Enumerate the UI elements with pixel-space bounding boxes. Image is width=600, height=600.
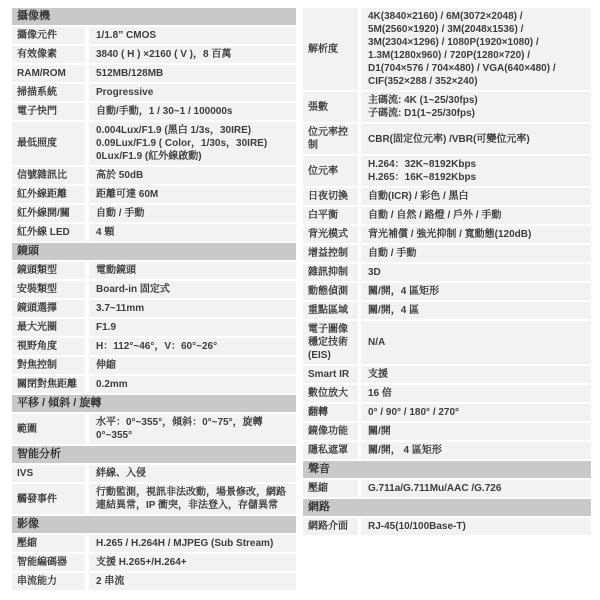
spec-value-cell: G.711a/G.711Mu/AAC /G.726 <box>361 480 591 497</box>
spec-label-cell: Smart IR <box>303 366 358 383</box>
spec-label: 鏡頭選擇 <box>17 302 57 315</box>
spec-row: 鏡頭選擇3.7~11mm <box>12 300 296 317</box>
spec-label: 動態偵測 <box>308 285 348 298</box>
spec-label: 日夜切換 <box>308 190 348 203</box>
spec-row: RAM/ROM512MB/128MB <box>12 65 296 82</box>
spec-label-cell: 對焦控制 <box>12 357 85 374</box>
spec-row: 動態偵測關/開，4 區矩形 <box>303 283 591 300</box>
spec-value: 關/開 <box>368 425 391 438</box>
spec-value: 2 串流 <box>96 575 124 588</box>
spec-value: 水平：0°~355°，傾斜：0°~75°，旋轉 0°~355° <box>96 416 292 442</box>
spec-row: 背光模式背光補償 / 強光抑制 / 寬動態(120dB) <box>303 226 591 243</box>
spec-value: 行動監測，視訊非法改動，場景修改，網路連結異常，IP 衝突，非法登入，存儲異常 <box>96 486 292 512</box>
spec-value-cell: 絆線、入侵 <box>89 465 296 482</box>
spec-row: 攝像元件1/1.8” CMOS <box>12 27 296 44</box>
spec-label-cell: 紅外線 LED <box>12 224 85 241</box>
spec-value: F1.9 <box>96 321 116 334</box>
spec-value: 自動/手動，1 / 30~1 / 100000s <box>96 105 232 118</box>
spec-label: 重點區域 <box>308 304 348 317</box>
spec-label: 背光模式 <box>308 228 348 241</box>
spec-label: 隱私遮罩 <box>308 444 348 457</box>
spec-label-cell: 壓縮 <box>303 480 358 497</box>
spec-label: 串流能力 <box>17 575 57 588</box>
spec-row: 解析度4K(3840×2160) / 6M(3072×2048) / 5M(25… <box>303 8 591 90</box>
spec-value: 自動 / 手動 <box>368 247 416 260</box>
spec-value: 自動(ICR) / 彩色 / 黑白 <box>368 190 469 203</box>
spec-value-cell: 1/1.8” CMOS <box>89 27 296 44</box>
spec-row: 對焦控制伸縮 <box>12 357 296 374</box>
spec-label: 壓縮 <box>308 482 328 495</box>
spec-label-cell: 重點區域 <box>303 302 358 319</box>
spec-label: 鏡像功能 <box>308 425 348 438</box>
camera-spec-sheet: 攝像機攝像元件1/1.8” CMOS有效像素3840 ( H ) ×2160 (… <box>0 0 600 600</box>
spec-row: 張數主碼流: 4K (1~25/30fps) 子碼流: D1(1~25/30fp… <box>303 92 591 122</box>
spec-label: IVS <box>17 467 33 480</box>
spec-value-cell: 關/開，4 區 <box>361 302 591 319</box>
spec-label-cell: 信號雜訊比 <box>12 167 85 184</box>
spec-label-cell: 攝像元件 <box>12 27 85 44</box>
spec-label: 翻轉 <box>308 406 328 419</box>
spec-row: 信號雜訊比高於 50dB <box>12 167 296 184</box>
spec-label-cell: 掃描系統 <box>12 84 85 101</box>
spec-value: H：112°~46°，V：60°~26° <box>96 340 217 353</box>
spec-label-cell: 最大光圈 <box>12 319 85 336</box>
spec-label-cell: 範圍 <box>12 414 85 444</box>
spec-row: 串流能力2 串流 <box>12 573 296 590</box>
spec-value: 自動 / 手動 <box>96 207 144 220</box>
spec-value-cell: 自動/手動，1 / 30~1 / 100000s <box>89 103 296 120</box>
spec-label-cell: 位元率 <box>303 156 358 186</box>
spec-label-cell: 位元率控制 <box>303 124 358 154</box>
spec-value-cell: H：112°~46°，V：60°~26° <box>89 338 296 355</box>
spec-value: 支援 <box>368 368 388 381</box>
spec-column-right: 解析度4K(3840×2160) / 6M(3072×2048) / 5M(25… <box>303 8 591 537</box>
spec-row: 掃描系統Progressive <box>12 84 296 101</box>
spec-label: 網路介面 <box>308 520 348 533</box>
spec-value: H.265 / H.264H / MJPEG (Sub Stream) <box>96 537 273 550</box>
spec-value-cell: 512MB/128MB <box>89 65 296 82</box>
spec-value: 伸縮 <box>96 359 116 372</box>
spec-value: 0.004Lux/F1.9 (黑白 1/3s，30IRE) 0.09Lux/F1… <box>96 124 267 163</box>
spec-label: 紅外線距離 <box>17 188 67 201</box>
spec-row: 鏡頭類型電動鏡頭 <box>12 262 296 279</box>
spec-value-cell: 2 串流 <box>89 573 296 590</box>
spec-value-cell: Board-in 固定式 <box>89 281 296 298</box>
spec-label-cell: 解析度 <box>303 8 358 90</box>
spec-label: 最低照度 <box>17 137 57 150</box>
spec-value: 主碼流: 4K (1~25/30fps) 子碼流: D1(1~25/30fps) <box>368 94 478 120</box>
section-header: 鏡頭 <box>12 243 296 260</box>
spec-value: CBR(固定位元率) /VBR(可變位元率) <box>368 133 530 146</box>
spec-value-cell: F1.9 <box>89 319 296 336</box>
spec-value-cell: 4 顆 <box>89 224 296 241</box>
spec-label-cell: 電子圖像穩定技術 (EIS) <box>303 321 358 364</box>
spec-label: 範圍 <box>17 423 37 436</box>
spec-row: 白平衡自動 / 自然 / 路燈 / 戶外 / 手動 <box>303 207 591 224</box>
spec-label-cell: 白平衡 <box>303 207 358 224</box>
spec-label-cell: 觸發事件 <box>12 484 85 514</box>
spec-value-cell: 電動鏡頭 <box>89 262 296 279</box>
spec-value-cell: 自動 / 手動 <box>361 245 591 262</box>
spec-row: 位元率控制CBR(固定位元率) /VBR(可變位元率) <box>303 124 591 154</box>
spec-value: H.264：32K~8192Kbps H.265：16K~8192Kbps <box>368 158 476 184</box>
spec-value-cell: 自動 / 手動 <box>89 205 296 222</box>
spec-row: 數位放大16 倍 <box>303 385 591 402</box>
spec-label-cell: 背光模式 <box>303 226 358 243</box>
spec-label: 數位放大 <box>308 387 348 400</box>
spec-value-cell: RJ-45(10/100Base-T) <box>361 518 591 535</box>
spec-row: 關閉對焦距離0.2mm <box>12 376 296 393</box>
spec-label: 最大光圈 <box>17 321 57 334</box>
spec-row: 雜訊抑制3D <box>303 264 591 281</box>
spec-value-cell: 0.004Lux/F1.9 (黑白 1/3s，30IRE) 0.09Lux/F1… <box>89 122 296 165</box>
section-header: 聲音 <box>303 461 591 478</box>
spec-value-cell: 16 倍 <box>361 385 591 402</box>
spec-label: 張數 <box>308 101 328 114</box>
spec-label-cell: 智能編碼器 <box>12 554 85 571</box>
spec-row: 電子圖像穩定技術 (EIS)N/A <box>303 321 591 364</box>
spec-label: 攝像元件 <box>17 29 57 42</box>
spec-value-cell: 行動監測，視訊非法改動，場景修改，網路連結異常，IP 衝突，非法登入，存儲異常 <box>89 484 296 514</box>
spec-label: 增益控制 <box>308 247 348 260</box>
spec-label: 位元率控制 <box>308 126 356 152</box>
spec-label-cell: 動態偵測 <box>303 283 358 300</box>
spec-row: 鏡像功能關/開 <box>303 423 591 440</box>
spec-column-left: 攝像機攝像元件1/1.8” CMOS有效像素3840 ( H ) ×2160 (… <box>12 8 296 592</box>
spec-value-cell: 伸縮 <box>89 357 296 374</box>
spec-label-cell: 網路介面 <box>303 518 358 535</box>
spec-row: 紅外線距離距離可達 60M <box>12 186 296 203</box>
spec-row: 翻轉0° / 90° / 180° / 270° <box>303 404 591 421</box>
spec-label: 對焦控制 <box>17 359 57 372</box>
spec-value: Board-in 固定式 <box>96 283 170 296</box>
spec-value-cell: 關/開 <box>361 423 591 440</box>
spec-row: 壓縮H.265 / H.264H / MJPEG (Sub Stream) <box>12 535 296 552</box>
spec-label: 電子快門 <box>17 105 57 118</box>
spec-label-cell: 安裝類型 <box>12 281 85 298</box>
spec-label-cell: 有效像素 <box>12 46 85 63</box>
spec-label: 雜訊抑制 <box>308 266 348 279</box>
spec-value: 0° / 90° / 180° / 270° <box>368 406 459 419</box>
spec-value-cell: CBR(固定位元率) /VBR(可變位元率) <box>361 124 591 154</box>
spec-label: 觸發事件 <box>17 493 57 506</box>
spec-row: 日夜切換自動(ICR) / 彩色 / 黑白 <box>303 188 591 205</box>
spec-row: 最大光圈F1.9 <box>12 319 296 336</box>
spec-value: 4 顆 <box>96 226 114 239</box>
spec-value-cell: 4K(3840×2160) / 6M(3072×2048) / 5M(2560×… <box>361 8 591 90</box>
spec-row: 壓縮G.711a/G.711Mu/AAC /G.726 <box>303 480 591 497</box>
spec-value: 關/開，4 區 <box>368 304 419 317</box>
spec-label: 壓縮 <box>17 537 37 550</box>
spec-row: 視野角度H：112°~46°，V：60°~26° <box>12 338 296 355</box>
spec-value-cell: 0.2mm <box>89 376 296 393</box>
spec-value-cell: N/A <box>361 321 591 364</box>
section-header: 攝像機 <box>12 8 296 25</box>
spec-row: IVS絆線、入侵 <box>12 465 296 482</box>
spec-label: 紅外線開/關 <box>17 207 70 220</box>
spec-value-cell: 高於 50dB <box>89 167 296 184</box>
spec-label: 關閉對焦距離 <box>17 378 77 391</box>
spec-label-cell: 增益控制 <box>303 245 358 262</box>
spec-value-cell: 水平：0°~355°，傾斜：0°~75°，旋轉 0°~355° <box>89 414 296 444</box>
spec-value-cell: 3840 ( H ) ×2160 ( V )，8 百萬 <box>89 46 296 63</box>
spec-value: 16 倍 <box>368 387 392 400</box>
spec-label: 視野角度 <box>17 340 57 353</box>
spec-row: 觸發事件行動監測，視訊非法改動，場景修改，網路連結異常，IP 衝突，非法登入，存… <box>12 484 296 514</box>
spec-value-cell: Progressive <box>89 84 296 101</box>
spec-label: 信號雜訊比 <box>17 169 67 182</box>
spec-value-cell: 關/開，4 區矩形 <box>361 283 591 300</box>
spec-value-cell: H.265 / H.264H / MJPEG (Sub Stream) <box>89 535 296 552</box>
spec-value: G.711a/G.711Mu/AAC /G.726 <box>368 482 501 495</box>
spec-value: 絆線、入侵 <box>96 467 146 480</box>
spec-label-cell: 雜訊抑制 <box>303 264 358 281</box>
spec-label-cell: 數位放大 <box>303 385 358 402</box>
spec-value-cell: 距離可達 60M <box>89 186 296 203</box>
spec-value-cell: H.264：32K~8192Kbps H.265：16K~8192Kbps <box>361 156 591 186</box>
spec-label: 解析度 <box>308 43 338 56</box>
spec-label-cell: 張數 <box>303 92 358 122</box>
spec-label-cell: 紅外線距離 <box>12 186 85 203</box>
spec-value-cell: 自動(ICR) / 彩色 / 黑白 <box>361 188 591 205</box>
spec-row: 安裝類型Board-in 固定式 <box>12 281 296 298</box>
spec-label-cell: 鏡像功能 <box>303 423 358 440</box>
spec-row: 最低照度0.004Lux/F1.9 (黑白 1/3s，30IRE) 0.09Lu… <box>12 122 296 165</box>
spec-label: 紅外線 LED <box>17 226 70 239</box>
spec-row: 紅外線 LED4 顆 <box>12 224 296 241</box>
spec-row: 網路介面RJ-45(10/100Base-T) <box>303 518 591 535</box>
spec-label-cell: 日夜切換 <box>303 188 358 205</box>
spec-label: 鏡頭類型 <box>17 264 57 277</box>
spec-value: 1/1.8” CMOS <box>96 29 156 42</box>
spec-label-cell: 視野角度 <box>12 338 85 355</box>
spec-value-cell: 主碼流: 4K (1~25/30fps) 子碼流: D1(1~25/30fps) <box>361 92 591 122</box>
spec-row: 重點區域關/開，4 區 <box>303 302 591 319</box>
spec-label: 智能編碼器 <box>17 556 67 569</box>
spec-row: 有效像素3840 ( H ) ×2160 ( V )，8 百萬 <box>12 46 296 63</box>
spec-value: 高於 50dB <box>96 169 143 182</box>
spec-row: 隱私遮罩關/開， 4 區矩形 <box>303 442 591 459</box>
spec-label-cell: 翻轉 <box>303 404 358 421</box>
spec-label: Smart IR <box>308 368 349 381</box>
section-header: 平移 / 傾斜 / 旋轉 <box>12 395 296 412</box>
spec-value: 關/開，4 區矩形 <box>368 285 439 298</box>
spec-label: 位元率 <box>308 165 338 178</box>
spec-label-cell: IVS <box>12 465 85 482</box>
spec-value: RJ-45(10/100Base-T) <box>368 520 466 533</box>
section-header: 智能分析 <box>12 446 296 463</box>
spec-value: 背光補償 / 強光抑制 / 寬動態(120dB) <box>368 228 531 241</box>
spec-value-cell: 3.7~11mm <box>89 300 296 317</box>
spec-value: 距離可達 60M <box>96 188 158 201</box>
spec-label: 有效像素 <box>17 48 57 61</box>
spec-label-cell: 串流能力 <box>12 573 85 590</box>
spec-value-cell: 關/開， 4 區矩形 <box>361 442 591 459</box>
spec-value-cell: 背光補償 / 強光抑制 / 寬動態(120dB) <box>361 226 591 243</box>
spec-value: Progressive <box>96 86 153 99</box>
spec-value-cell: 3D <box>361 264 591 281</box>
spec-value: 電動鏡頭 <box>96 264 136 277</box>
spec-row: Smart IR支援 <box>303 366 591 383</box>
spec-value: 512MB/128MB <box>96 67 163 80</box>
spec-label: 掃描系統 <box>17 86 57 99</box>
spec-label: 電子圖像穩定技術 (EIS) <box>308 323 356 362</box>
spec-row: 位元率H.264：32K~8192Kbps H.265：16K~8192Kbps <box>303 156 591 186</box>
spec-value: 支援 H.265+/H.264+ <box>96 556 187 569</box>
spec-value-cell: 自動 / 自然 / 路燈 / 戶外 / 手動 <box>361 207 591 224</box>
spec-value: 3D <box>368 266 381 279</box>
spec-label-cell: 鏡頭選擇 <box>12 300 85 317</box>
spec-label-cell: 紅外線開/關 <box>12 205 85 222</box>
spec-value-cell: 0° / 90° / 180° / 270° <box>361 404 591 421</box>
spec-label: 白平衡 <box>308 209 338 222</box>
spec-row: 範圍水平：0°~355°，傾斜：0°~75°，旋轉 0°~355° <box>12 414 296 444</box>
spec-label: RAM/ROM <box>17 67 66 80</box>
spec-label-cell: 隱私遮罩 <box>303 442 358 459</box>
spec-value: 關/開， 4 區矩形 <box>368 444 442 457</box>
spec-label-cell: RAM/ROM <box>12 65 85 82</box>
spec-label-cell: 電子快門 <box>12 103 85 120</box>
spec-label-cell: 關閉對焦距離 <box>12 376 85 393</box>
spec-value: 4K(3840×2160) / 6M(3072×2048) / 5M(2560×… <box>368 10 556 88</box>
spec-value-cell: 支援 <box>361 366 591 383</box>
spec-row: 增益控制自動 / 手動 <box>303 245 591 262</box>
spec-value: 自動 / 自然 / 路燈 / 戶外 / 手動 <box>368 209 501 222</box>
spec-label-cell: 壓縮 <box>12 535 85 552</box>
spec-value: N/A <box>368 336 385 349</box>
spec-label-cell: 最低照度 <box>12 122 85 165</box>
spec-row: 電子快門自動/手動，1 / 30~1 / 100000s <box>12 103 296 120</box>
spec-value: 3840 ( H ) ×2160 ( V )，8 百萬 <box>96 48 231 61</box>
section-header: 影像 <box>12 516 296 533</box>
spec-label-cell: 鏡頭類型 <box>12 262 85 279</box>
spec-row: 紅外線開/關自動 / 手動 <box>12 205 296 222</box>
spec-row: 智能編碼器支援 H.265+/H.264+ <box>12 554 296 571</box>
spec-value-cell: 支援 H.265+/H.264+ <box>89 554 296 571</box>
spec-label: 安裝類型 <box>17 283 57 296</box>
spec-value: 0.2mm <box>96 378 128 391</box>
section-header: 網路 <box>303 499 591 516</box>
spec-value: 3.7~11mm <box>96 302 144 315</box>
